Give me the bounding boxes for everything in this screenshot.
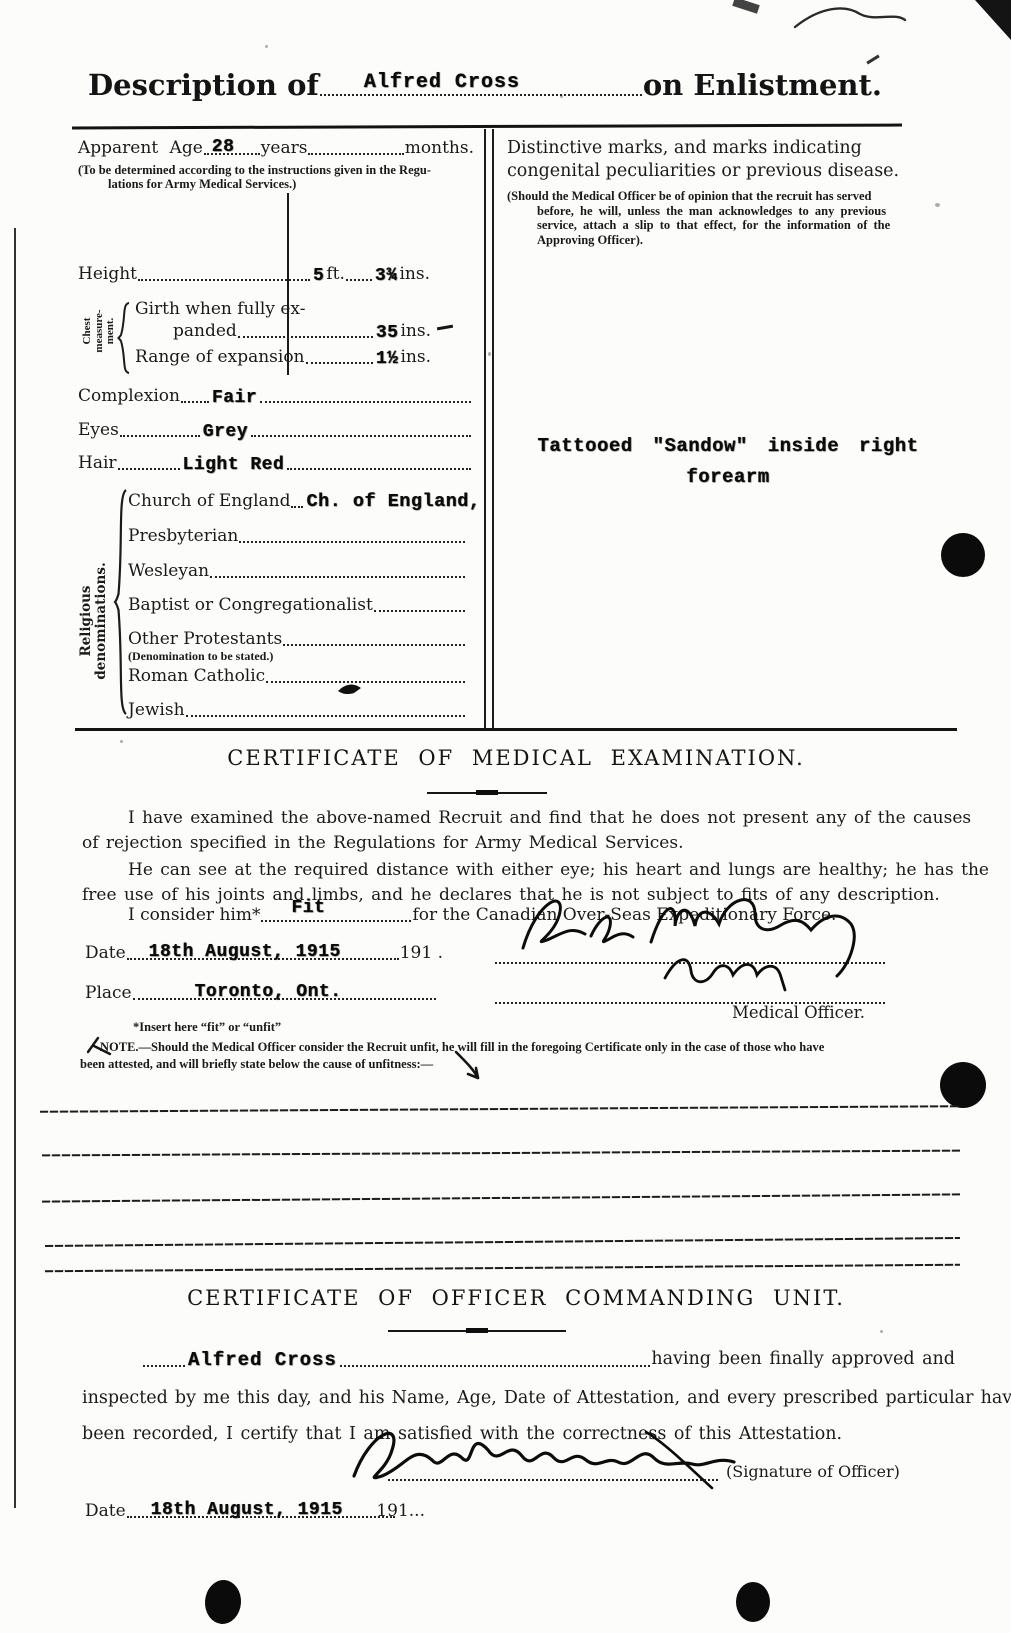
chest-side-label-3: ment.: [105, 302, 117, 360]
hole-punch: [940, 1062, 986, 1108]
approved-name-value: Alfred Cross: [188, 1350, 337, 1371]
page-title: Description of Alfred Cross on Enlistmen…: [88, 68, 882, 102]
medical-para2-line1: He can see at the required distance with…: [82, 860, 989, 880]
section-divider: [388, 1328, 566, 1334]
baptist-label: Baptist or Congregationalist: [128, 596, 373, 615]
girth-unit: ins.: [400, 322, 431, 341]
eyes-row: Eyes Grey: [78, 421, 472, 440]
roman-catholic-label: Roman Catholic: [128, 667, 265, 686]
range-value: 1½: [376, 349, 399, 369]
range-entry-line: [306, 358, 373, 364]
age-note-line1: (To be determined according to the instr…: [78, 163, 431, 177]
age-years-entry-line: 28: [204, 149, 260, 155]
marks-entry-line2: forearm: [503, 462, 953, 493]
unfitness-note-line2: been attested, and will briefly state be…: [80, 1057, 433, 1071]
apparent-age-row: Apparent Age 28 years months.: [78, 139, 474, 158]
hair-line-lead: [118, 464, 180, 470]
jewish-label: Jewish: [128, 701, 185, 720]
scan-mark: [866, 55, 879, 65]
date-entry-line: 18th August, 1915: [127, 954, 399, 960]
section-divider: [427, 790, 547, 796]
medical-place-row: Place Toronto, Ont.: [85, 984, 437, 1003]
date-value: 18th August, 1915: [149, 942, 341, 962]
scan-edge-line: [14, 228, 16, 1508]
roman-catholic-line: [266, 677, 465, 683]
fitness-entry-line: Fit: [261, 916, 411, 922]
blank-line: [42, 1150, 960, 1157]
age-years-value: 28: [212, 137, 235, 157]
height-inches-value: 3¾: [375, 266, 398, 286]
other-protestants-line: [283, 640, 465, 646]
baptist-line: [374, 606, 465, 612]
wesleyan-label: Wesleyan: [128, 562, 209, 581]
printed-year: 191 .: [400, 944, 443, 963]
complexion-value: Fair: [212, 388, 257, 408]
medical-date-row: Date 18th August, 1915 191 .: [85, 944, 443, 963]
medical-para1-line1: I have examined the above-named Recruit …: [82, 808, 971, 828]
ink-blot: [736, 1582, 770, 1622]
religion-side-label-1: Religious: [79, 555, 94, 687]
blank-line: [45, 1264, 960, 1272]
eyes-value: Grey: [203, 422, 248, 442]
apparent-age-note: (To be determined according to the instr…: [78, 163, 431, 191]
scan-corner-artifact: [975, 0, 1011, 40]
presbyterian-label: Presbyterian: [128, 527, 238, 546]
complexion-row: Complexion Fair: [78, 387, 472, 406]
ink-blot-mark: [338, 682, 362, 696]
distinctive-marks-note: (Should the Medical Officer be of opinio…: [507, 189, 890, 247]
approved-name-line-trail: [340, 1361, 651, 1367]
feet-unit: ft.: [326, 265, 345, 284]
pen-stroke-mark: [452, 1050, 486, 1082]
officer-signature-caption: (Signature of Officer): [726, 1462, 900, 1481]
girth-value: 35: [376, 323, 399, 343]
medical-officer-signature: [515, 878, 885, 1003]
jewish-line: [186, 711, 465, 717]
height-inches-line: [346, 275, 372, 281]
enlistment-description-form: Description of Alfred Cross on Enlistmen…: [0, 0, 1011, 1633]
blank-line: [42, 1193, 960, 1202]
scan-squiggle-mark: [790, 2, 910, 32]
officer-date-label: Date: [85, 1502, 126, 1521]
distinctive-marks-entry: Tattooed "Sandow" inside right forearm: [503, 431, 953, 493]
other-protestants-note: (Denomination to be stated.): [128, 649, 273, 663]
marks-note-line4: Approving Officer).: [507, 233, 890, 248]
marks-note-line2: before, he will, unless the man acknowle…: [507, 204, 890, 219]
height-label: Height: [78, 265, 137, 284]
apparent-age-label: Apparent Age: [78, 139, 203, 158]
religion-row-roman-catholic: Roman Catholic: [128, 667, 466, 686]
girth-label-line1: Girth when fully ex-: [135, 299, 305, 319]
height-row: Height 5 ft. 3¾ ins.: [78, 265, 430, 284]
officer-para-line1: Alfred Cross having been finally approve…: [142, 1350, 955, 1370]
religion-row-church-of-england: Church of England Ch. of England,: [128, 492, 466, 511]
years-label: years: [261, 139, 308, 158]
religion-row-wesleyan: Wesleyan: [128, 562, 466, 581]
complexion-line-lead: [181, 397, 209, 403]
church-of-england-value: Ch. of England,: [306, 492, 480, 513]
age-months-entry-line: [308, 149, 403, 155]
distinctive-marks-heading: Distinctive marks, and marks indicating …: [507, 137, 949, 183]
date-label: Date: [85, 944, 126, 963]
approved-name-line-lead: [143, 1361, 185, 1367]
officer-para-line2: inspected by me this day, and his Name, …: [82, 1388, 1011, 1408]
chest-side-label-1: Chest: [82, 302, 94, 360]
description-table: Apparent Age 28 years months. (To be det…: [75, 129, 957, 731]
officer-date-entry-line: 18th August, 1915: [127, 1512, 396, 1518]
religion-row-presbyterian: Presbyterian: [128, 527, 466, 546]
complexion-label: Complexion: [78, 387, 180, 406]
hair-label: Hair: [78, 454, 117, 473]
medical-certificate-heading: CERTIFICATE OF MEDICAL EXAMINATION.: [75, 746, 957, 770]
officer-date-value: 18th August, 1915: [151, 1500, 343, 1520]
blank-line: [45, 1237, 960, 1247]
religious-denominations-group: Religious denominations. Church of Engla…: [80, 484, 470, 722]
range-label: Range of expansion: [135, 348, 305, 367]
marks-note-line3: service, attach a slip to that effect, f…: [507, 218, 890, 233]
marks-entry-line1: Tattooed "Sandow" inside right: [503, 431, 953, 462]
chest-side-label: Chest measure- ment.: [82, 302, 118, 360]
hair-line-trail: [287, 464, 471, 470]
ink-blot: [204, 1579, 243, 1625]
title-suffix: on Enlistment.: [643, 68, 882, 102]
officer-line1-suffix: having been finally approved and: [651, 1350, 955, 1370]
medical-para1-line2: of rejection specified in the Regulation…: [82, 833, 683, 853]
place-value: Toronto, Ont.: [195, 982, 342, 1002]
place-entry-line: Toronto, Ont.: [133, 994, 436, 1000]
officer-signature-line: [388, 1477, 718, 1481]
marks-note-line1: (Should the Medical Officer be of opinio…: [507, 189, 890, 204]
religion-row-jewish: Jewish: [128, 701, 466, 720]
other-protestants-label: Other Protestants: [128, 630, 282, 649]
chest-measurement-group: Chest measure- ment. Girth when fully ex…: [83, 299, 475, 379]
girth-row: panded 35 ins.: [135, 322, 431, 341]
title-name-entry-line: Alfred Cross: [320, 88, 642, 96]
religion-side-label: Religious denominations.: [79, 555, 109, 687]
hair-row: Hair Light Red: [78, 454, 472, 473]
girth-label-line2: panded: [135, 322, 237, 341]
religion-row-baptist: Baptist or Congregationalist: [128, 596, 466, 615]
scan-mark: [732, 0, 760, 14]
fitness-value: Fit: [291, 898, 325, 918]
place-label: Place: [85, 984, 132, 1003]
range-unit: ins.: [400, 348, 431, 367]
religion-side-label-2: denominations.: [94, 555, 109, 687]
officer-date-row: Date 18th August, 1915 191...: [85, 1502, 425, 1521]
religion-brace: [114, 488, 127, 716]
column-divider: [484, 129, 494, 728]
blank-line: [40, 1105, 960, 1113]
hair-value: Light Red: [183, 455, 285, 475]
complexion-line-trail: [260, 397, 471, 403]
fitness-prefix: I consider him*: [82, 906, 260, 925]
eyes-label: Eyes: [78, 421, 119, 440]
title-prefix: Description of: [88, 68, 319, 102]
months-label: months.: [405, 139, 474, 158]
officer-certificate-heading: CERTIFICATE OF OFFICER COMMANDING UNIT.: [75, 1286, 957, 1310]
girth-entry-line: [238, 332, 373, 338]
presbyterian-line: [239, 537, 465, 543]
religion-row-other-protestants: Other Protestants: [128, 630, 466, 649]
range-row: Range of expansion 1½ ins.: [135, 348, 431, 367]
recruit-name-entry: Alfred Cross: [364, 71, 520, 94]
inches-unit: ins.: [399, 265, 430, 284]
chest-brace: [117, 301, 130, 375]
age-note-line2: lations for Army Medical Services.): [78, 177, 431, 191]
church-of-england-label: Church of England: [128, 492, 290, 511]
eyes-line-trail: [251, 431, 471, 437]
height-entry-line: [138, 275, 310, 281]
fit-footnote: *Insert here “fit” or “unfit”: [133, 1020, 281, 1034]
eyes-line-lead: [120, 431, 200, 437]
wesleyan-line: [210, 572, 465, 578]
church-line-lead: [291, 502, 303, 508]
commanding-officer-signature: [348, 1416, 748, 1498]
pen-check-mark: [86, 1032, 116, 1058]
pen-dash-mark: [437, 325, 453, 331]
medical-officer-caption: Medical Officer.: [732, 1003, 865, 1022]
height-feet-value: 5: [313, 266, 324, 286]
